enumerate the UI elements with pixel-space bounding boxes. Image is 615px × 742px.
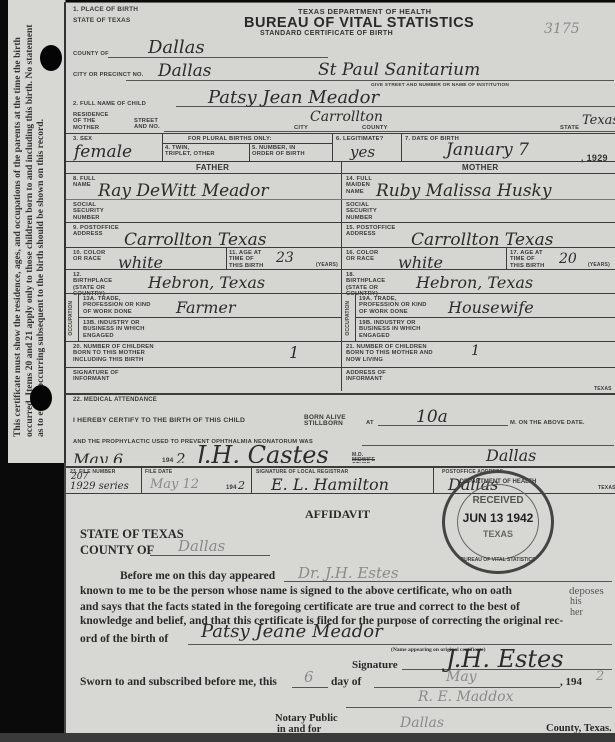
- sex-value: female: [74, 142, 132, 162]
- month-underline: [374, 687, 560, 688]
- notary-signature: R. E. Maddox: [418, 689, 514, 705]
- m-above-date-label: M. ON THE ABOVE DATE.: [510, 420, 585, 426]
- institution-value: St Paul Sanitarium: [318, 60, 480, 80]
- stamp-received: RECEIVED: [445, 495, 551, 506]
- affidavit-state: STATE OF TEXAS: [80, 527, 184, 542]
- father-age-unit: (YEARS): [316, 262, 338, 268]
- divider: [66, 466, 615, 468]
- father-color-label: 10. COLOR OR RACE: [73, 250, 113, 263]
- divider: [66, 393, 615, 395]
- mother-name-value: Ruby Malissa Husky: [376, 181, 551, 201]
- legitimate-value: yes: [350, 143, 375, 161]
- father-trade-label: 13A. TRADE, PROFESSION OR KIND OF WORK D…: [83, 296, 158, 315]
- father-children-value: 1: [289, 343, 299, 362]
- divider: [66, 133, 615, 134]
- birth-order-label: 5. NUMBER, IN ORDER OF BIRTH: [252, 145, 312, 158]
- mother-trade-label: 19A. TRADE, PROFESSION OR KIND OF WORK D…: [359, 296, 434, 315]
- notary-signature-underline: [346, 707, 612, 708]
- city-label: CITY OR PRECINCT NO.: [73, 72, 144, 78]
- informant-signature-label: SIGNATURE OF INFORMANT: [73, 370, 133, 383]
- legitimate-label: 6. LEGITIMATE?: [336, 136, 383, 142]
- mother-address-label: 15. POSTOFFICE ADDRESS: [346, 225, 416, 238]
- divider: [226, 247, 227, 269]
- form-title: STANDARD CERTIFICATE OF BIRTH: [260, 30, 393, 37]
- divider: [66, 367, 615, 368]
- file-date-value: May 12: [150, 477, 199, 492]
- father-birthplace-value: Hebron, Texas: [148, 273, 265, 292]
- ord-value: Patsy Jeane Meador: [201, 621, 383, 642]
- stamp-state: TEXAS: [445, 529, 551, 539]
- divider: [401, 133, 402, 161]
- place-of-birth-label: 1. PLACE OF BIRTH: [73, 7, 138, 13]
- mother-birthplace-value: Hebron, Texas: [416, 273, 533, 292]
- institution-caption: GIVE STREET AND NUMBER OR NAME OF INSTIT…: [371, 83, 509, 89]
- father-industry-label: 13B. INDUSTRY OR BUSINESS IN WHICH ENGAG…: [83, 320, 158, 339]
- registrar-texas-label: TEXAS: [598, 485, 615, 491]
- father-age-value: 23: [276, 250, 294, 266]
- father-trade-value: Farmer: [176, 298, 236, 317]
- street-label: STREET AND NO.: [134, 118, 164, 131]
- child-name-value: Patsy Jean Meador: [208, 87, 379, 108]
- time-value: 10a: [416, 407, 448, 427]
- center-divider: [341, 161, 342, 391]
- side-instruction-text: This certificate must show the residence…: [12, 17, 70, 437]
- sworn-year-value: 2: [596, 669, 604, 684]
- punch-hole-bottom: [30, 385, 52, 411]
- at-label: AT: [366, 420, 374, 426]
- state-label: STATE OF TEXAS: [73, 18, 130, 24]
- day-underline: [292, 687, 328, 688]
- stillborn-label: STILLBORN: [304, 421, 343, 427]
- sworn-year-prefix: , 194: [560, 676, 582, 688]
- divider: [66, 341, 615, 342]
- father-ssn-label: SOCIAL SECURITY NUMBER: [73, 202, 118, 221]
- father-children-label: 20. NUMBER OF CHILDREN BORN TO THIS MOTH…: [73, 344, 173, 363]
- file-year-value: 2: [238, 479, 245, 492]
- ord-text: ord of the birth of: [80, 633, 168, 645]
- affidavit-county-value: Dallas: [178, 537, 225, 555]
- mother-age-unit: (YEARS): [588, 262, 610, 268]
- divider: [66, 269, 615, 270]
- punch-hole-top: [40, 45, 62, 71]
- county-label: COUNTY OF: [73, 51, 109, 57]
- stamp-date: JUN 13 1942: [445, 511, 551, 525]
- bottom-edge: [0, 733, 615, 742]
- file-series-value: 1929 series: [70, 481, 129, 492]
- mother-age-label: 17. AGE AT TIME OF THIS BIRTH: [510, 250, 550, 269]
- day-of-text: day of: [331, 676, 361, 688]
- affidavit-title: AFFIDAVIT: [305, 507, 370, 522]
- affidavit-county-label: COUNTY OF: [80, 543, 154, 558]
- city-value: Dallas: [158, 61, 212, 81]
- medical-attendance-heading: 22. MEDICAL ATTENDANCE: [73, 397, 157, 403]
- residence-underline: [164, 131, 615, 132]
- mother-children-value: 1: [471, 343, 480, 359]
- month-value: May: [446, 669, 477, 685]
- divider: [355, 317, 615, 318]
- residence-state-value: Texas: [582, 113, 615, 128]
- father-occupation-side-label: Occupation: [68, 301, 74, 336]
- his-text: his: [570, 596, 582, 607]
- divider: [66, 222, 615, 223]
- mother-children-label: 21. NUMBER OF CHILDREN BORN TO THIS MOTH…: [346, 344, 446, 363]
- received-stamp: DEPARTMENT OF HEALTH RECEIVED JUN 13 194…: [442, 470, 554, 574]
- divider: [249, 143, 250, 161]
- mother-industry-label: 19B. INDUSTRY OR BUSINESS IN WHICH ENGAG…: [359, 320, 434, 339]
- bureau-heading: BUREAU OF VITAL STATISTICS: [244, 15, 474, 31]
- appeared-value: Dr. J.H. Estes: [298, 564, 399, 582]
- dob-value: January 7: [446, 140, 529, 160]
- divider: [332, 133, 333, 161]
- file-year-prefix: 194: [226, 485, 237, 491]
- notary-county-value: Dallas: [400, 715, 444, 731]
- plural-births-label: FOR PLURAL BIRTHS ONLY:: [188, 136, 272, 142]
- child-name-label: 2. FULL NAME OF CHILD: [73, 101, 146, 107]
- divider: [433, 466, 434, 493]
- twin-label: 4. TWIN, TRIPLET, OTHER: [165, 145, 215, 158]
- father-name-value: Ray DeWitt Meador: [98, 181, 269, 201]
- certify-text: I HEREBY CERTIFY TO THE BIRTH OF THIS CH…: [73, 418, 245, 424]
- affidavit-section: 23. FILE NUMBER 207 1929 series FILE DAT…: [64, 463, 615, 733]
- known-text: known to me to be the person whose name …: [80, 585, 512, 597]
- registrar-signature-value: E. L. Hamilton: [271, 475, 389, 494]
- father-age-label: 11. AGE AT TIME OF THIS BIRTH: [229, 250, 269, 269]
- divider: [506, 247, 507, 269]
- divider: [66, 293, 615, 294]
- residence-label: RESIDENCE OF THE MOTHER: [73, 112, 113, 131]
- informant-texas-label: TEXAS: [594, 386, 612, 392]
- stamp-bottom-arc: BUREAU OF VITAL STATISTICS: [445, 557, 551, 563]
- her-text: her: [570, 607, 583, 618]
- residence-city-value: Carrollton: [310, 109, 383, 125]
- county-value: Dallas: [148, 37, 205, 58]
- divider: [251, 466, 252, 493]
- divider: [162, 143, 332, 144]
- day-value: 6: [304, 668, 314, 686]
- mother-color-label: 16. COLOR OR RACE: [346, 250, 386, 263]
- informant-address-label: ADDRESS OF INFORMANT: [346, 370, 406, 383]
- notary-public-label: Notary Public: [275, 713, 338, 724]
- divider: [162, 133, 163, 161]
- says-text: and says that the facts stated in the fo…: [80, 601, 520, 613]
- divider: [78, 317, 341, 318]
- before-text: Before me on this day appeared: [120, 570, 275, 582]
- divider: [66, 247, 615, 248]
- affidavit-county-underline: [150, 555, 270, 556]
- father-heading: FATHER: [196, 163, 229, 172]
- county-underline: [108, 57, 328, 58]
- mother-ssn-label: SOCIAL SECURITY NUMBER: [346, 202, 391, 221]
- file-date-label: FILE DATE: [145, 469, 172, 475]
- mother-age-value: 20: [559, 251, 577, 267]
- mother-trade-value: Housewife: [448, 298, 534, 317]
- signature-label: Signature: [352, 659, 398, 671]
- file-annotation: 3175: [544, 21, 580, 37]
- birth-certificate: 1. PLACE OF BIRTH STATE OF TEXAS TEXAS D…: [64, 2, 615, 467]
- mother-heading: MOTHER: [462, 163, 498, 172]
- sworn-text: Sworn to and subscribed before me, this: [80, 676, 277, 688]
- divider: [141, 466, 142, 493]
- mother-occupation-side-label: Occupation: [345, 301, 351, 336]
